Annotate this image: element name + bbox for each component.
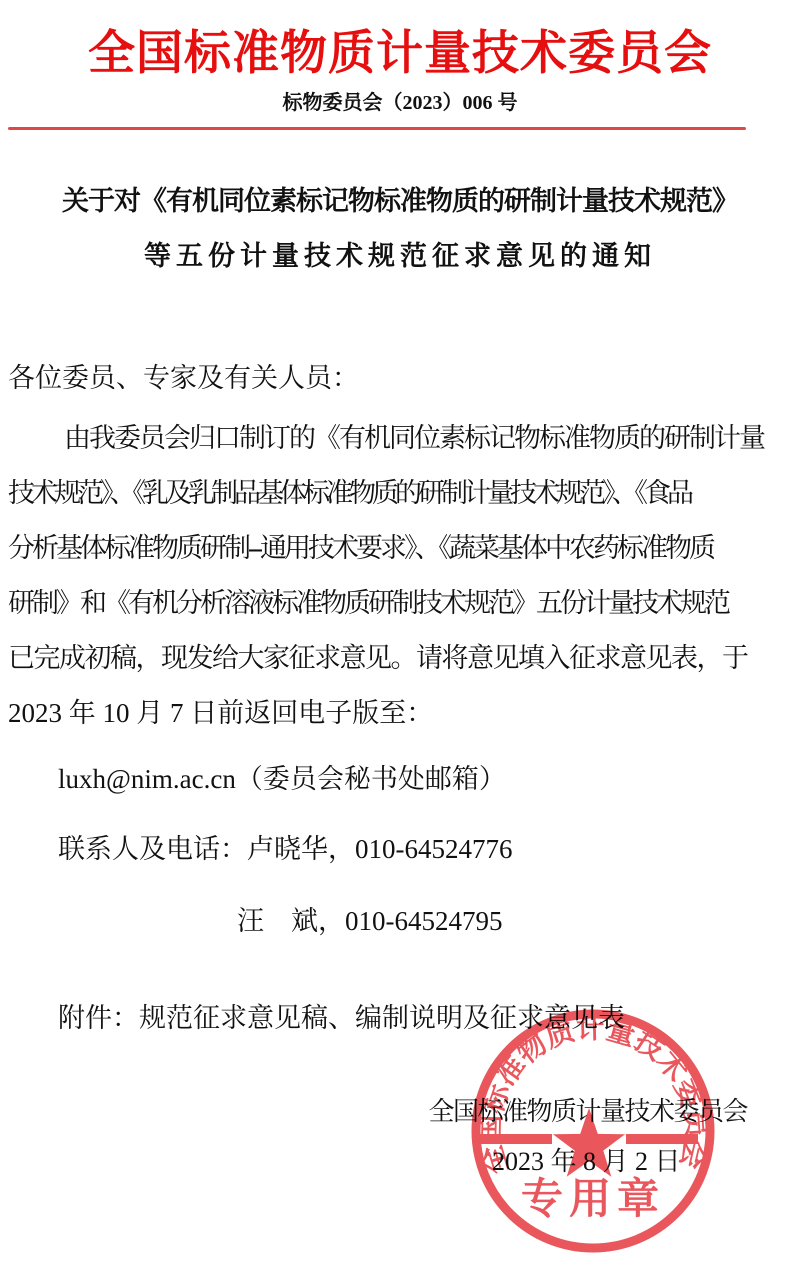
- official-stamp: 全国标准物质计量技术委员会 专用章: [468, 1006, 718, 1256]
- notice-title-line-1: 关于对《有机同位素标记物标准物质的研制计量技术规范》: [0, 179, 800, 218]
- contact-line-2: 汪 斌，010-64524795: [237, 899, 503, 938]
- letterhead-title: 全国标准物质计量技术委员会: [0, 16, 800, 83]
- attachment-line: 附件：规范征求意见稿、编制说明及征求意见表: [58, 996, 625, 1035]
- document-number: 标物委员会（2023）006 号: [0, 86, 800, 115]
- stamp-bottom-text: 专用章: [521, 1175, 665, 1223]
- body-line: 2023 年 10 月 7 日前返回电子版至：: [8, 691, 433, 730]
- notice-title-line-2: 等五份计量技术规范征求意见的通知: [0, 234, 800, 273]
- document-page: 全国标准物质计量技术委员会 标物委员会（2023）006 号 关于对《有机同位素…: [0, 0, 800, 1268]
- contact-line-1: 联系人及电话：卢晓华，010-64524776: [58, 827, 513, 866]
- body-line: 研制》和《有机分析溶液标准物质研制技术规范》五份计量技术规范: [8, 581, 728, 620]
- stamp-circle: [476, 1014, 710, 1248]
- body-line: 分析基体标准物质研制--通用技术要求》、《蔬菜基体中农药标准物质: [8, 526, 713, 565]
- email-line: luxh@nim.ac.cn（委员会秘书处邮箱）: [58, 757, 506, 796]
- red-divider-line: [8, 127, 746, 130]
- signature-date: 2023 年 8 月 2 日: [492, 1141, 681, 1178]
- body-line: 由我委员会归口制订的《有机同位素标记物标准物质的研制计量: [64, 416, 764, 455]
- salutation: 各位委员、专家及有关人员：: [8, 356, 359, 395]
- body-line: 已完成初稿，现发给大家征求意见。请将意见填入征求意见表，于: [8, 636, 748, 675]
- body-line: 技术规范》、《乳及乳制品基体标准物质的研制计量技术规范》、《食品: [8, 471, 690, 510]
- signature-organization: 全国标准物质计量技术委员会: [428, 1091, 747, 1128]
